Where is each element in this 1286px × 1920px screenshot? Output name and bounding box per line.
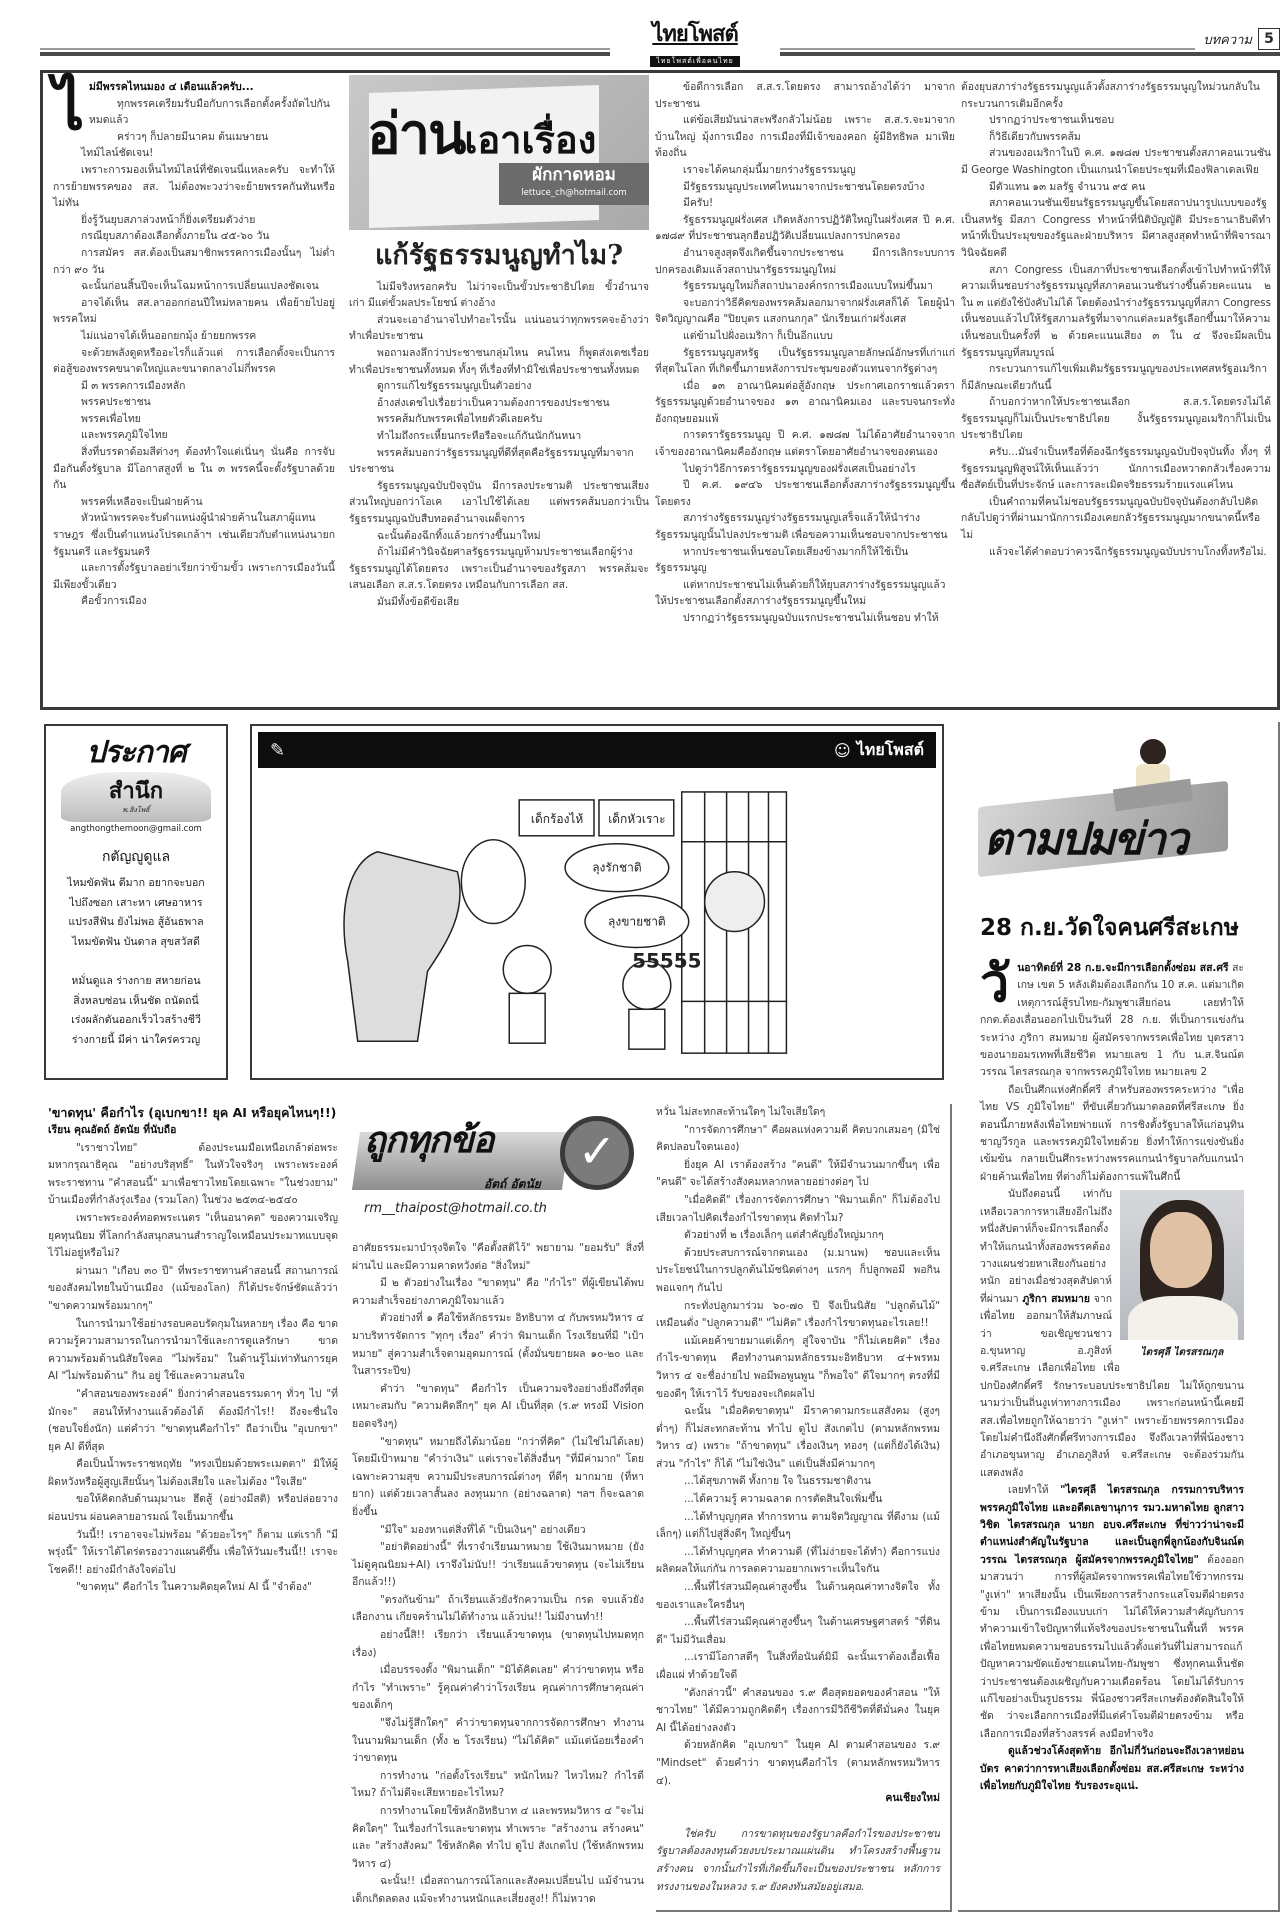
paragraph: ฉะนั้นต้องฉีกทิ้งแล้วยกร่างขึ้นมาใหม่ bbox=[349, 528, 649, 545]
poem-line: เร่งผลักดันออกเร็วไวสร้างชีวี bbox=[46, 1011, 226, 1031]
paragraph: ทุกพรรคเตรียมรับมือกับการเลือกตั้งครั้งถ… bbox=[89, 96, 335, 129]
paragraph: ไปดูว่าวิธีการตรารัฐธรรมนูญของฝรั่งเศสเป… bbox=[655, 461, 955, 478]
paragraph: รัฐธรรมนูญฝรั่งเศส เกิดหลังการปฏิวัติใหญ… bbox=[655, 212, 955, 245]
cartoon-brand-name: ไทยโพสต์ bbox=[857, 738, 924, 763]
laugh-text: 55555 bbox=[632, 948, 701, 972]
paragraph: เมื่อบรรจงตั้ง "พิมานเด็ก" "มิได้คิดเลย"… bbox=[352, 1662, 644, 1715]
paragraph: การตรารัฐธรรมนูญ ปี ค.ศ. ๑๗๘๗ ไม่ได้อาศั… bbox=[655, 427, 955, 460]
poem-line: ร่างกายนี้ มีค่า น่าใคร่ครวญ bbox=[46, 1031, 226, 1051]
paragraph: "ขาดทุน" คือกำไร ในความคิดยุคใหม่ AI นี้… bbox=[48, 1579, 338, 1597]
paragraph: การทำงาน "ก่อตั้งโรงเรียน" หนักไหม? ไหวไ… bbox=[352, 1768, 644, 1803]
speech-bubble-1: ลุงรักชาติ bbox=[592, 861, 641, 875]
paragraph: แต่ข้อเสียมันน่าสะพรึงกลัวไม่น้อย เพราะ … bbox=[655, 112, 955, 162]
paragraph: นับถึงตอนนี้ เท่ากับเหลือเวลาการหาเสียงอ… bbox=[980, 1188, 1112, 1304]
paragraph: อำนาจสูงสุดจึงเกิดขึ้นจากประชาชน มีการเล… bbox=[655, 245, 955, 278]
poem-column-name: ประกาศ bbox=[46, 736, 226, 770]
lead-line: ม่มีพรรคไหนมอง ๔ เดือนแล้วครับ... bbox=[89, 79, 335, 96]
paragraph: พรรคส้มบอกว่ารัฐธรรมนูญที่ดีที่สุดคือรัฐ… bbox=[349, 445, 649, 478]
paragraph: ขอให้คิดกลับด้านมุมานะ ฮึดสู้ (อย่างมีสต… bbox=[48, 1491, 338, 1526]
poem-line: ไหมขัดฟัน บันดาล สุขสวัสดี bbox=[46, 933, 226, 953]
paragraph: ปรากฏว่ารัฐธรรมนูญฉบับแรกประชาชนไม่เห็นช… bbox=[655, 610, 955, 627]
paragraph: "จึงไม่รู้สึกใดๆ" คำว่าขาดทุนจากการจัดกา… bbox=[352, 1715, 644, 1768]
paragraph: แต่หากประชาชนไม่เห็นด้วยก็ให้ยุบสภาร่างร… bbox=[655, 577, 955, 610]
author-name: ผักกาดหอม bbox=[499, 163, 649, 187]
mascot-icon: ☺ bbox=[834, 741, 851, 760]
news-column-name: ตามปมข่าว bbox=[984, 804, 1187, 874]
paragraph: แล้วจะได้คำตอบว่าควรฉีกรัฐธรรมนูญฉบับปรา… bbox=[961, 544, 1271, 561]
cartoon-illustration: เด็กร้องไห้ เด็กหัวเราะ ลุงรักชาติ ลุงขา… bbox=[258, 772, 936, 1071]
paragraph: ...ได้ความรู้ ความฉลาด การตัดสินใจเพิ่มข… bbox=[656, 1491, 940, 1509]
paragraph: ตัวอย่างที่ ๒ เรื่องเล็กๆ แต่สำคัญยิ่งให… bbox=[656, 1227, 940, 1245]
paragraph: คือขั้วการเมือง bbox=[53, 593, 335, 610]
letter-title: 'ขาดทุน' คือกำไร (อุเบกขา!! ยุค AI หรือย… bbox=[48, 1104, 338, 1122]
column-email[interactable]: rm__thaipost@hotmail.co.th bbox=[364, 1200, 547, 1218]
poem-line: หมั่นดูแล ร่างกาย สหายก่อน bbox=[46, 972, 226, 992]
section-name: บทความ bbox=[1203, 29, 1252, 50]
paragraph: รัฐธรรมนูญสหรัฐ เป็นรัฐธรรมนูญลายลักษณ์อ… bbox=[655, 345, 955, 378]
paragraph: ดูการแก้ไขรัฐธรรมนูญเป็นตัวอย่าง bbox=[349, 378, 649, 395]
logo-tagline: ไทยโพสต์เพื่อคนไทย bbox=[650, 56, 739, 67]
paragraph: เลยทำให้ bbox=[1008, 1484, 1049, 1496]
paragraph: พรรคประชาชน bbox=[53, 394, 335, 411]
masthead: ไทยโพสต์ ไทยโพสต์เพื่อคนไทย บทความ 5 bbox=[40, 22, 1280, 62]
page-number: 5 bbox=[1258, 28, 1280, 50]
paragraph: พรรคที่เหลือจะเป็นฝ่ายค้าน bbox=[53, 494, 335, 511]
checkmark-icon: ✓ bbox=[560, 1116, 634, 1190]
banner-title: อ่านเอาเรื่อง bbox=[367, 105, 596, 170]
column-name: ถูกทุกข้อ bbox=[364, 1132, 493, 1150]
paragraph: รัฐธรรมนูญใหม่ก็สถาปนาองค์กรการเมืองแบบใ… bbox=[655, 278, 955, 295]
author-bar: ผักกาดหอม lettuce_ch@hotmail.com bbox=[499, 163, 649, 205]
paragraph: และพรรคภูมิใจไทย bbox=[53, 427, 335, 444]
paragraph: กระทั่งปลูกมาร่วม ๖๐-๗๐ ปี จึงเป็นนิสัย … bbox=[656, 1298, 940, 1333]
paragraph: หากประชาชนเห็นชอบโดยเสียงข้างมากก็ให้ใช้… bbox=[655, 544, 955, 577]
article-headline: แก้รัฐธรรมนูญทำไม? bbox=[349, 248, 649, 265]
author-email[interactable]: lettuce_ch@hotmail.com bbox=[499, 187, 649, 199]
poem-column-sub: สำนึก bbox=[61, 779, 211, 805]
paragraph: กระบวนการแก้ไขเพิ่มเติมรัฐธรรมนูญของประเ… bbox=[961, 361, 1271, 394]
news-column-box: ตามปมข่าว 28 ก.ย.วัดใจคนศรีสะเกษ วั นอาท… bbox=[958, 722, 1280, 1912]
poem-stanza-1: ไหมขัดฟัน ดีมาก อยากจะบอก ไปถึงซอก เสาะห… bbox=[46, 874, 226, 952]
paragraph: เราจะได้คนกลุ่มนี้มายกร่างรัฐธรรมนูญ bbox=[655, 162, 955, 179]
news-lead: นอาทิตย์ที่ 28 ก.ย.จะมีการเลือกตั้งซ่อม … bbox=[1017, 962, 1228, 974]
paragraph: "มีใจ" มองหาแต่สิ่งที่ได้ "เป็นเงินๆ" อย… bbox=[352, 1522, 644, 1540]
newspaper-logo: ไทยโพสต์ ไทยโพสต์เพื่อคนไทย bbox=[610, 22, 780, 62]
paragraph: มี ๓ พรรคการเมืองหลัก bbox=[53, 378, 335, 395]
paragraph: ไม่แน่อาจได้เห็นออกยกมุ้ง ย้ายยกพรรค bbox=[53, 328, 335, 345]
paragraph: "ตรงกันข้าม" ถ้าเรียนแล้วยังรักความเป็น … bbox=[352, 1592, 644, 1627]
paragraph: ...ได้สุขภาพดี ทั้งกาย ใจ ในธรรมชาติงาน bbox=[656, 1473, 940, 1491]
paragraph: ตัวอย่างที่ ๑ คือใช้หลักธรรมะ อิทธิบาท ๔… bbox=[352, 1310, 644, 1380]
paragraph: ...พื้นที่ไร่สวนมีคุณค่าสูงขึ้นๆ ในด้านเ… bbox=[656, 1614, 940, 1649]
paragraph: เพราะการมองเห็นไทม์ไลน์ที่ชัดเจนนี่แหละค… bbox=[53, 162, 335, 212]
paragraph: เมื่อ ๑๓ อาณานิคมต่อสู้อังกฤษ ประกาศเอกร… bbox=[655, 378, 955, 428]
sign-crying-kid: เด็กร้องไห้ bbox=[531, 811, 583, 826]
news-headline: 28 ก.ย.วัดใจคนศรีสะเกษ bbox=[980, 910, 1278, 946]
paragraph: ยิ่งยุค AI เราต้องสร้าง "คนดี" ให้มีจำนว… bbox=[656, 1157, 940, 1192]
column-logo: ถูกทุกข้อ อัตถ์ อัตนัย ✓ rm__thaipost@ho… bbox=[352, 1104, 644, 1224]
paragraph: เพราะพระองค์ทอดพระเนตร "เห็นอนาคต" ของคว… bbox=[48, 1210, 338, 1263]
paragraph: สภา Congress เป็นสภาที่ประชาชนเลือกตั้งเ… bbox=[961, 262, 1271, 362]
paragraph: จะบอกว่าวิธีคิดของพรรคส้มลอกมาจากฝรั่งเศ… bbox=[655, 295, 955, 328]
letter-salutation: เรียน คุณอัตถ์ อัตนัย ที่นับถือ bbox=[48, 1122, 338, 1140]
news-drop-cap: วั bbox=[980, 960, 1009, 1008]
paragraph: "การจัดการศึกษา" คือผลแห่งความดี คิดบวกเ… bbox=[656, 1122, 940, 1157]
paragraph: คือเป็นน้ำพระราชหฤทัย "ทรงเปี่ยมด้วยพระเ… bbox=[48, 1456, 338, 1491]
paragraph: ถือเป็นศึกแห่งศักดิ์ศรี สำหรับสองพรรคระห… bbox=[980, 1082, 1244, 1186]
paragraph: "ขาดทุน" หมายถึงได้มาน้อย "กว่าที่คิด" (… bbox=[352, 1434, 644, 1522]
paragraph: คร่าวๆ ก็ปลายมีนาคม ต้นเมษายน bbox=[89, 129, 335, 146]
paragraph: ผ่านมา "เกือบ ๓๐ ปี" ที่พระราชทานคำสอนนี… bbox=[48, 1263, 338, 1316]
paragraph: มันมีทั้งข้อดีข้อเสีย bbox=[349, 594, 649, 611]
poem-line: สิ่งหลบซ่อน เห็นชัด ถนัดถนี่ bbox=[46, 992, 226, 1012]
feature-column-2: อ่านเอาเรื่อง ผักกาดหอม lettuce_ch@hotma… bbox=[349, 73, 649, 610]
paragraph: ไม่มีจริงหรอกครับ ไม่ว่าจะเป็นขั้วประชาธ… bbox=[349, 279, 649, 312]
paragraph: หวั่น ไม่สะทกสะท้านใดๆ ไม่ใจเสียใดๆ bbox=[656, 1104, 940, 1122]
editorial-cartoon: ✎ ☺ไทยโพสต์ เด็กร้องไห้ เด็กหัวเราะ bbox=[250, 724, 944, 1080]
paragraph: สภาคอนเวนชันเขียนรัฐธรรมนูญขึ้นโดยสถาปนา… bbox=[961, 195, 1271, 261]
paragraph: ด้วยหลักคิด "อุเบกขา" ในยุค AI ตามคำสอนข… bbox=[656, 1737, 940, 1790]
paragraph: แม้เคยค้าขายมาแต่เด็กๆ สู่ใจจาบัน "ก็ไม่… bbox=[656, 1333, 940, 1403]
paragraph: แต่ข้ามไปฝั่งอเมริกา ก็เป็นอีกแบบ bbox=[655, 328, 955, 345]
paragraph: สิ่งที่บรรดาด้อมสีต่างๆ ต้องทำใจแต่เนิ่น… bbox=[53, 444, 335, 494]
paragraph: ส่วนของอเมริกาในปี ค.ศ. ๑๗๘๗ ประชาชนตั้ง… bbox=[961, 145, 1271, 178]
column-author: อัตถ์ อัตนัย bbox=[484, 1176, 541, 1194]
paragraph: ถ้าไม่มีคำวินิจฉัยศาลรัฐธรรมนูญห้ามประชา… bbox=[349, 544, 649, 594]
paragraph: หัวหน้าพรรคจะรับตำแหน่งผู้นำฝ่ายค้านในสภ… bbox=[53, 510, 335, 560]
paragraph: ข้อดีการเลือก ส.ส.ร.โดยตรง สามารถอ้างได้… bbox=[655, 79, 955, 112]
paragraph: คำว่า "ขาดทุน" คือกำไร เป็นความจริงอย่าง… bbox=[352, 1381, 644, 1434]
banner-title-small: เอาเรื่อง bbox=[464, 118, 596, 162]
poem-stanza-2: หมั่นดูแล ร่างกาย สหายก่อน สิ่งหลบซ่อน เ… bbox=[46, 972, 226, 1050]
bold-name: ภูริกา สมหมาย bbox=[1022, 1293, 1090, 1305]
paragraph: ...พื้นที่ไร่สวนมีคุณค่าสูงขึ้น ในด้านคุ… bbox=[656, 1579, 940, 1614]
paragraph: การทำงานโดยใช้หลักอิทธิบาท ๔ และพรหมวิหา… bbox=[352, 1803, 644, 1873]
cartoonist-mascot-icon: ✎ bbox=[270, 740, 285, 761]
closing-paragraph: ดูแล้วช่วงโค้งสุดท้าย อีกไม่กี่วันก่อนจะ… bbox=[980, 1743, 1244, 1795]
scroll-banner: สำนึก พ.สิงโพธิ์ bbox=[61, 772, 211, 822]
paragraph: ปี ค.ศ. ๑๙๔๖ ประชาชนเลือกตั้งสภาร่างรัฐธ… bbox=[655, 477, 955, 510]
paragraph: ฉะนั้น "เมื่อคิดขาดทุน" มีราคาตามกระแสสั… bbox=[656, 1403, 940, 1473]
paragraph: อาจได้เห็น สส.ลาออกก่อนปีใหม่หลายคน เพื่… bbox=[53, 295, 335, 328]
poem-email[interactable]: angthongthemoon@gmail.com bbox=[46, 824, 226, 834]
paragraph: มีตัวแทน ๑๓ มลรัฐ จำนวน ๙๕ คน bbox=[961, 179, 1271, 196]
poem-line: ไหมขัดฟัน ดีมาก อยากจะบอก bbox=[46, 874, 226, 894]
paragraph: "อย่าติดอย่างนี้" ที่เราจำเรียนมาหมาย ใช… bbox=[352, 1539, 644, 1592]
poem-author: พ.สิงโพธิ์ bbox=[61, 805, 211, 816]
paragraph: ครับ...มันจำเป็นหรือที่ต้องฉีกรัฐธรรมนูญ… bbox=[961, 444, 1271, 494]
paragraph: ฉะนั้น!! เมื่อสถานการณ์โลกและสังคมเปลี่ย… bbox=[352, 1873, 644, 1908]
paragraph: สภาร่างรัฐธรรมนูญร่างรัฐธรรมนูญเสร็จแล้ว… bbox=[655, 510, 955, 543]
paragraph: ด้วยประสบการณ์จากตนเอง (ม.มานพ) ชอบและเห… bbox=[656, 1245, 940, 1298]
paragraph: ...เรามีโอกาสดีๆ ในสิ่งที่อนันต์มิมี ฉะน… bbox=[656, 1649, 940, 1684]
paragraph: ...ได้ทำบุญกุศล ทำการทาน ตามจิตวิญญาณ ที… bbox=[656, 1509, 940, 1544]
paragraph: และการตั้งรัฐบาลอย่าเรียกว่าข้ามขั้ว เพร… bbox=[53, 560, 335, 593]
paragraph: จะด้วยพลังดูดหรืออะไรก็แล้วแต่ การเลือกต… bbox=[53, 345, 335, 378]
paragraph: พอถามลงลึกว่าประชาชนกลุ่มไหน คนไหน ก็พูด… bbox=[349, 345, 649, 378]
paragraph: ยิ่งรู้วันยุบสภาล่วงหน้าก็ยิ่งเตรียมตัวง… bbox=[53, 212, 335, 229]
paragraph: มีรัฐธรรมนูญประเทศไหนมาจากประชาชนโดยตรงบ… bbox=[655, 179, 955, 196]
feature-column-3: ข้อดีการเลือก ส.ส.ร.โดยตรง สามารถอ้างได้… bbox=[655, 79, 955, 627]
reader-letter: 'ขาดทุน' คือกำไร (อุเบกขา!! ยุค AI หรือย… bbox=[48, 1104, 338, 1597]
news-body: วั นอาทิตย์ที่ 28 ก.ย.จะมีการเลือกตั้งซ่… bbox=[980, 960, 1244, 1796]
paragraph: ต้องยุบสภาร่างรัฐธรรมนูญแล้วตั้งสภาร่างร… bbox=[961, 79, 1271, 112]
paragraph: ส่วนจะเอาอำนาจไปทำอะไรนั้น แน่นอนว่าทุกพ… bbox=[349, 312, 649, 345]
photo-caption: ไตรศุลี ไตรสรณกุล bbox=[1120, 1344, 1244, 1361]
cartoon-header-bar: ✎ ☺ไทยโพสต์ bbox=[258, 732, 936, 768]
paragraph: รัฐธรรมนูญฉบับปัจจุบัน มีการลงประชามติ ป… bbox=[349, 478, 649, 528]
paragraph: มี ๒ ตัวอย่างในเรื่อง "ขาดทุน" คือ "กำไร… bbox=[352, 1275, 644, 1310]
column-continuation: หวั่น ไม่สะทกสะท้านใดๆ ไม่ใจเสียใดๆ "การ… bbox=[656, 1104, 952, 1912]
paragraph: ...ได้ทำบุญกุศล ทำความดี (ที่ไม่ง่ายจะได… bbox=[656, 1544, 940, 1579]
sign-laughing-kid: เด็กหัวเราะ bbox=[608, 811, 665, 826]
drop-cap: ไ bbox=[53, 79, 83, 145]
paragraph: ทำไมถึงกระเหี้ยนกระหือรือจะแก้กันนักกันห… bbox=[349, 428, 649, 445]
editor-reply: ใช่ครับ การขาดทุนของรัฐบาลคือกำไรของประช… bbox=[656, 1826, 940, 1896]
paragraph: "คำสอนของพระองค์" ยิ่งกว่าคำสอนธรรมดาๆ ท… bbox=[48, 1386, 338, 1456]
column-always-right: ถูกทุกข้อ อัตถ์ อัตนัย ✓ rm__thaipost@ho… bbox=[352, 1104, 644, 1909]
poem-title: กตัญญูดูแล bbox=[46, 846, 226, 868]
paragraph: พรรคเพื่อไทย bbox=[53, 411, 335, 428]
paragraph: อย่างนี้สิ!! เรียกว่า เรียนแล้วขาดทุน (ข… bbox=[352, 1627, 644, 1662]
paragraph: สะเกษ เขต 5 หลังเดิมต้องเลือกกัน 10 ส.ค.… bbox=[980, 962, 1244, 1078]
paragraph: ฉะนั้นก่อนสิ้นปีจะเห็นโฉมหน้าการเปลี่ยนแ… bbox=[53, 278, 335, 295]
paragraph: "ดังกล่าวนี้" คำสอนของ ร.๙ คือสุดยอดของค… bbox=[656, 1685, 940, 1738]
paragraph: วันนี้!! เราอาจจะไม่พร้อม "ด้วยอะไรๆ" ก็… bbox=[48, 1527, 338, 1580]
bold-quote: "ไตรศุลี ไตรสรณกุล กรรมการบริหารพรรคภูมิ… bbox=[980, 1484, 1244, 1566]
feature-article-box: ไ ม่มีพรรคไหนมอง ๔ เดือนแล้วครับ... ทุกพ… bbox=[40, 70, 1280, 710]
paragraph: ต้องออกมาสวนว่า การที่ผู้สมัครจากพรรคเพื… bbox=[980, 1554, 1244, 1740]
paragraph: "เราชาวไทย" ต้องประนมมือเหนือเกล้าต่อพระ… bbox=[48, 1140, 338, 1210]
speech-bubble-2: ลุงขายชาติ bbox=[608, 915, 666, 929]
feature-column-1: ไ ม่มีพรรคไหนมอง ๔ เดือนแล้วครับ... ทุกพ… bbox=[53, 79, 335, 610]
poem-line: แปรงสีฟัน ยังไม่พอ สู้อันธพาล bbox=[46, 913, 226, 933]
letter-signoff: คนเชียงใหม่ bbox=[656, 1790, 940, 1808]
paragraph: "เมื่อคิดดี" เรื่องการจัดการศึกษา "พิมาน… bbox=[656, 1192, 940, 1227]
lead-block: ไ ม่มีพรรคไหนมอง ๔ เดือนแล้วครับ... ทุกพ… bbox=[53, 79, 335, 145]
paragraph: ไทม์ไลน์ชัดเจน! bbox=[53, 145, 335, 162]
poem-line: ไปถึงซอก เสาะหา เศษอาหาร bbox=[46, 894, 226, 914]
column-banner-read-seriously: อ่านเอาเรื่อง ผักกาดหอม lettuce_ch@hotma… bbox=[349, 75, 649, 230]
paragraph: พรรคส้มกับพรรคเพื่อไทยตัวดีเลยครับ bbox=[349, 411, 649, 428]
cartoon-brand: ☺ไทยโพสต์ bbox=[834, 738, 924, 763]
paragraph: ในการนำมาใช้อย่างรอบคอบรัดกุมในหลายๆ เรื… bbox=[48, 1316, 338, 1386]
section-label: บทความ 5 bbox=[1195, 28, 1280, 50]
logo-name: ไทยโพสต์ bbox=[610, 22, 780, 48]
paragraph: การสมัคร สส.ต้องเป็นสมาชิกพรรคการเมืองนั… bbox=[53, 245, 335, 278]
paragraph: อ้างส่งเดชไปเรื่อยว่าเป็นความต้องการของป… bbox=[349, 395, 649, 412]
portrait-photo bbox=[1120, 1190, 1244, 1340]
poem-column: ประกาศ สำนึก พ.สิงโพธิ์ angthongthemoon@… bbox=[44, 724, 228, 1080]
news-column-logo: ตามปมข่าว bbox=[958, 722, 1278, 872]
paragraph: มีครับ! bbox=[655, 195, 955, 212]
paragraph: ถ้าบอกว่าหากให้ประชาชนเลือก ส.ส.ร.โดยตรง… bbox=[961, 394, 1271, 444]
paragraph: กรณียุบสภาต้องเลือกตั้งภายใน ๔๕-๖๐ วัน bbox=[53, 228, 335, 245]
paragraph: เป็นคำถามที่คนไม่ชอบรัฐธรรมนูญฉบับปัจจุบ… bbox=[961, 494, 1271, 544]
feature-column-4: ต้องยุบสภาร่างรัฐธรรมนูญแล้วตั้งสภาร่างร… bbox=[961, 79, 1271, 560]
paragraph: ปรากฏว่าประชาชนเห็นชอบ bbox=[961, 112, 1271, 129]
banner-title-big: อ่าน bbox=[367, 102, 464, 167]
paragraph: อาศัยธรรมะมาบำรุงจิตใจ "คือตั้งสติไว้" พ… bbox=[352, 1240, 644, 1275]
paragraph: ก็วิธีเดียวกับพรรคส้ม bbox=[961, 129, 1271, 146]
